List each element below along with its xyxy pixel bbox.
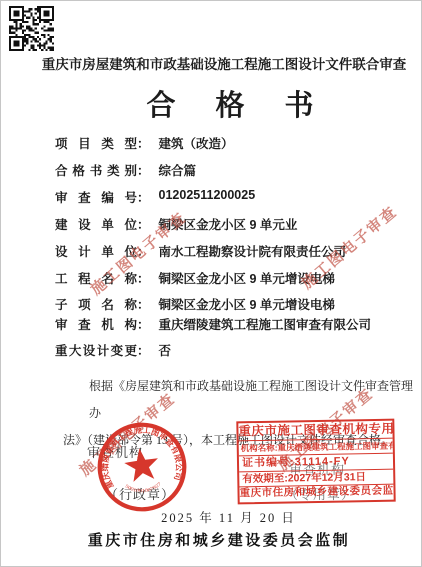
field-value: 建筑（改造） [159,137,234,151]
issuer-supervision-line: 重庆市住房和城乡建设委员会监制 [17,529,421,550]
field-row-review-number: 审查编号：01202511200025 [55,188,255,205]
field-row-major-design-change: 重大设计变更：否 [55,341,171,358]
certificate-title: 合格书 [39,83,421,124]
field-row-subproject-name: 子项名称：铜梁区金龙小区 9 单元增设电梯 [55,295,335,312]
header-org-line: 重庆市房屋建筑和市政基础设施工程施工图设计文件联合审查 [27,53,421,73]
field-colon: ： [137,245,150,259]
field-colon: ： [137,298,150,312]
field-row-project-type: 项目类型：建筑（改造） [55,134,234,151]
field-row-project-name: 工程名称：铜梁区金龙小区 9 单元增设电梯 [55,269,335,286]
star-icon [123,446,161,483]
round-official-seal: 重庆缙陵建筑工程施工图审查有限公司 5001091007927 [89,414,195,520]
rect-seal-org-value: 重庆缙陵建筑工程施工图审查有限公司 [278,440,393,453]
field-value: 铜梁区金龙小区 9 单元业 [159,218,298,232]
field-label: 审查编号 [55,188,137,206]
field-row-design-unit: 设计单位：南水工程勘察设计院有限责任公司 [55,242,346,259]
rect-seal-org-label: 机构名称: [241,443,278,454]
field-value: 否 [159,344,172,358]
field-row-certificate-category: 合格书类别：综合篇 [55,161,196,178]
rect-seal-cert-label: 证书编号: [242,456,295,469]
field-colon: ： [137,164,150,178]
field-value: 南水工程勘察设计院有限责任公司 [159,245,347,259]
field-value: 重庆缙陵建筑工程施工图审查有限公司 [159,318,372,332]
field-label: 子项名称 [55,295,137,313]
field-label: 项目类型 [55,134,137,152]
field-label: 建设单位 [55,215,137,233]
field-colon: ： [137,318,150,332]
field-colon: ： [137,137,150,151]
rect-seal-footer: 重庆市住房和城乡建设委员会监制 [239,485,393,503]
rect-agency-seal: 重庆市施工图审查机构专用章 机构名称:重庆缙陵建筑工程施工图审查有限公司 证书编… [236,419,395,505]
field-colon: ： [137,218,150,232]
field-label: 重大设计变更 [55,341,137,359]
field-value: 综合篇 [159,164,197,178]
field-label: 审查机构 [55,315,137,333]
seal-code-text: 5001091007927 [123,479,164,497]
rect-seal-valid-label: 有效期至: [242,472,288,485]
field-colon: ： [137,191,150,205]
field-value: 铜梁区金龙小区 9 单元增设电梯 [159,298,335,312]
field-value: 01202511200025 [159,188,256,202]
field-label: 设计单位 [55,242,137,260]
rect-seal-cert-value: 31114-FY [295,455,350,468]
field-colon: ： [137,272,150,286]
field-row-construction-unit: 建设单位：铜梁区金龙小区 9 单元业 [55,215,297,232]
certificate-page: 重庆市房屋建筑和市政基础设施工程施工图设计文件联合审查 合格书 施工图电子审查 … [0,0,422,567]
field-value: 铜梁区金龙小区 9 单元增设电梯 [159,272,335,286]
svg-text:5001091007927: 5001091007927 [123,479,164,497]
field-row-review-agency: 审查机构：重庆缙陵建筑工程施工图审查有限公司 [55,315,371,332]
field-label: 工程名称 [55,269,137,287]
rect-seal-valid-value: 2027年12月31日 [288,471,366,484]
field-label: 合格书类别 [55,161,137,179]
field-colon: ： [137,344,150,358]
qr-code-icon [9,6,54,51]
